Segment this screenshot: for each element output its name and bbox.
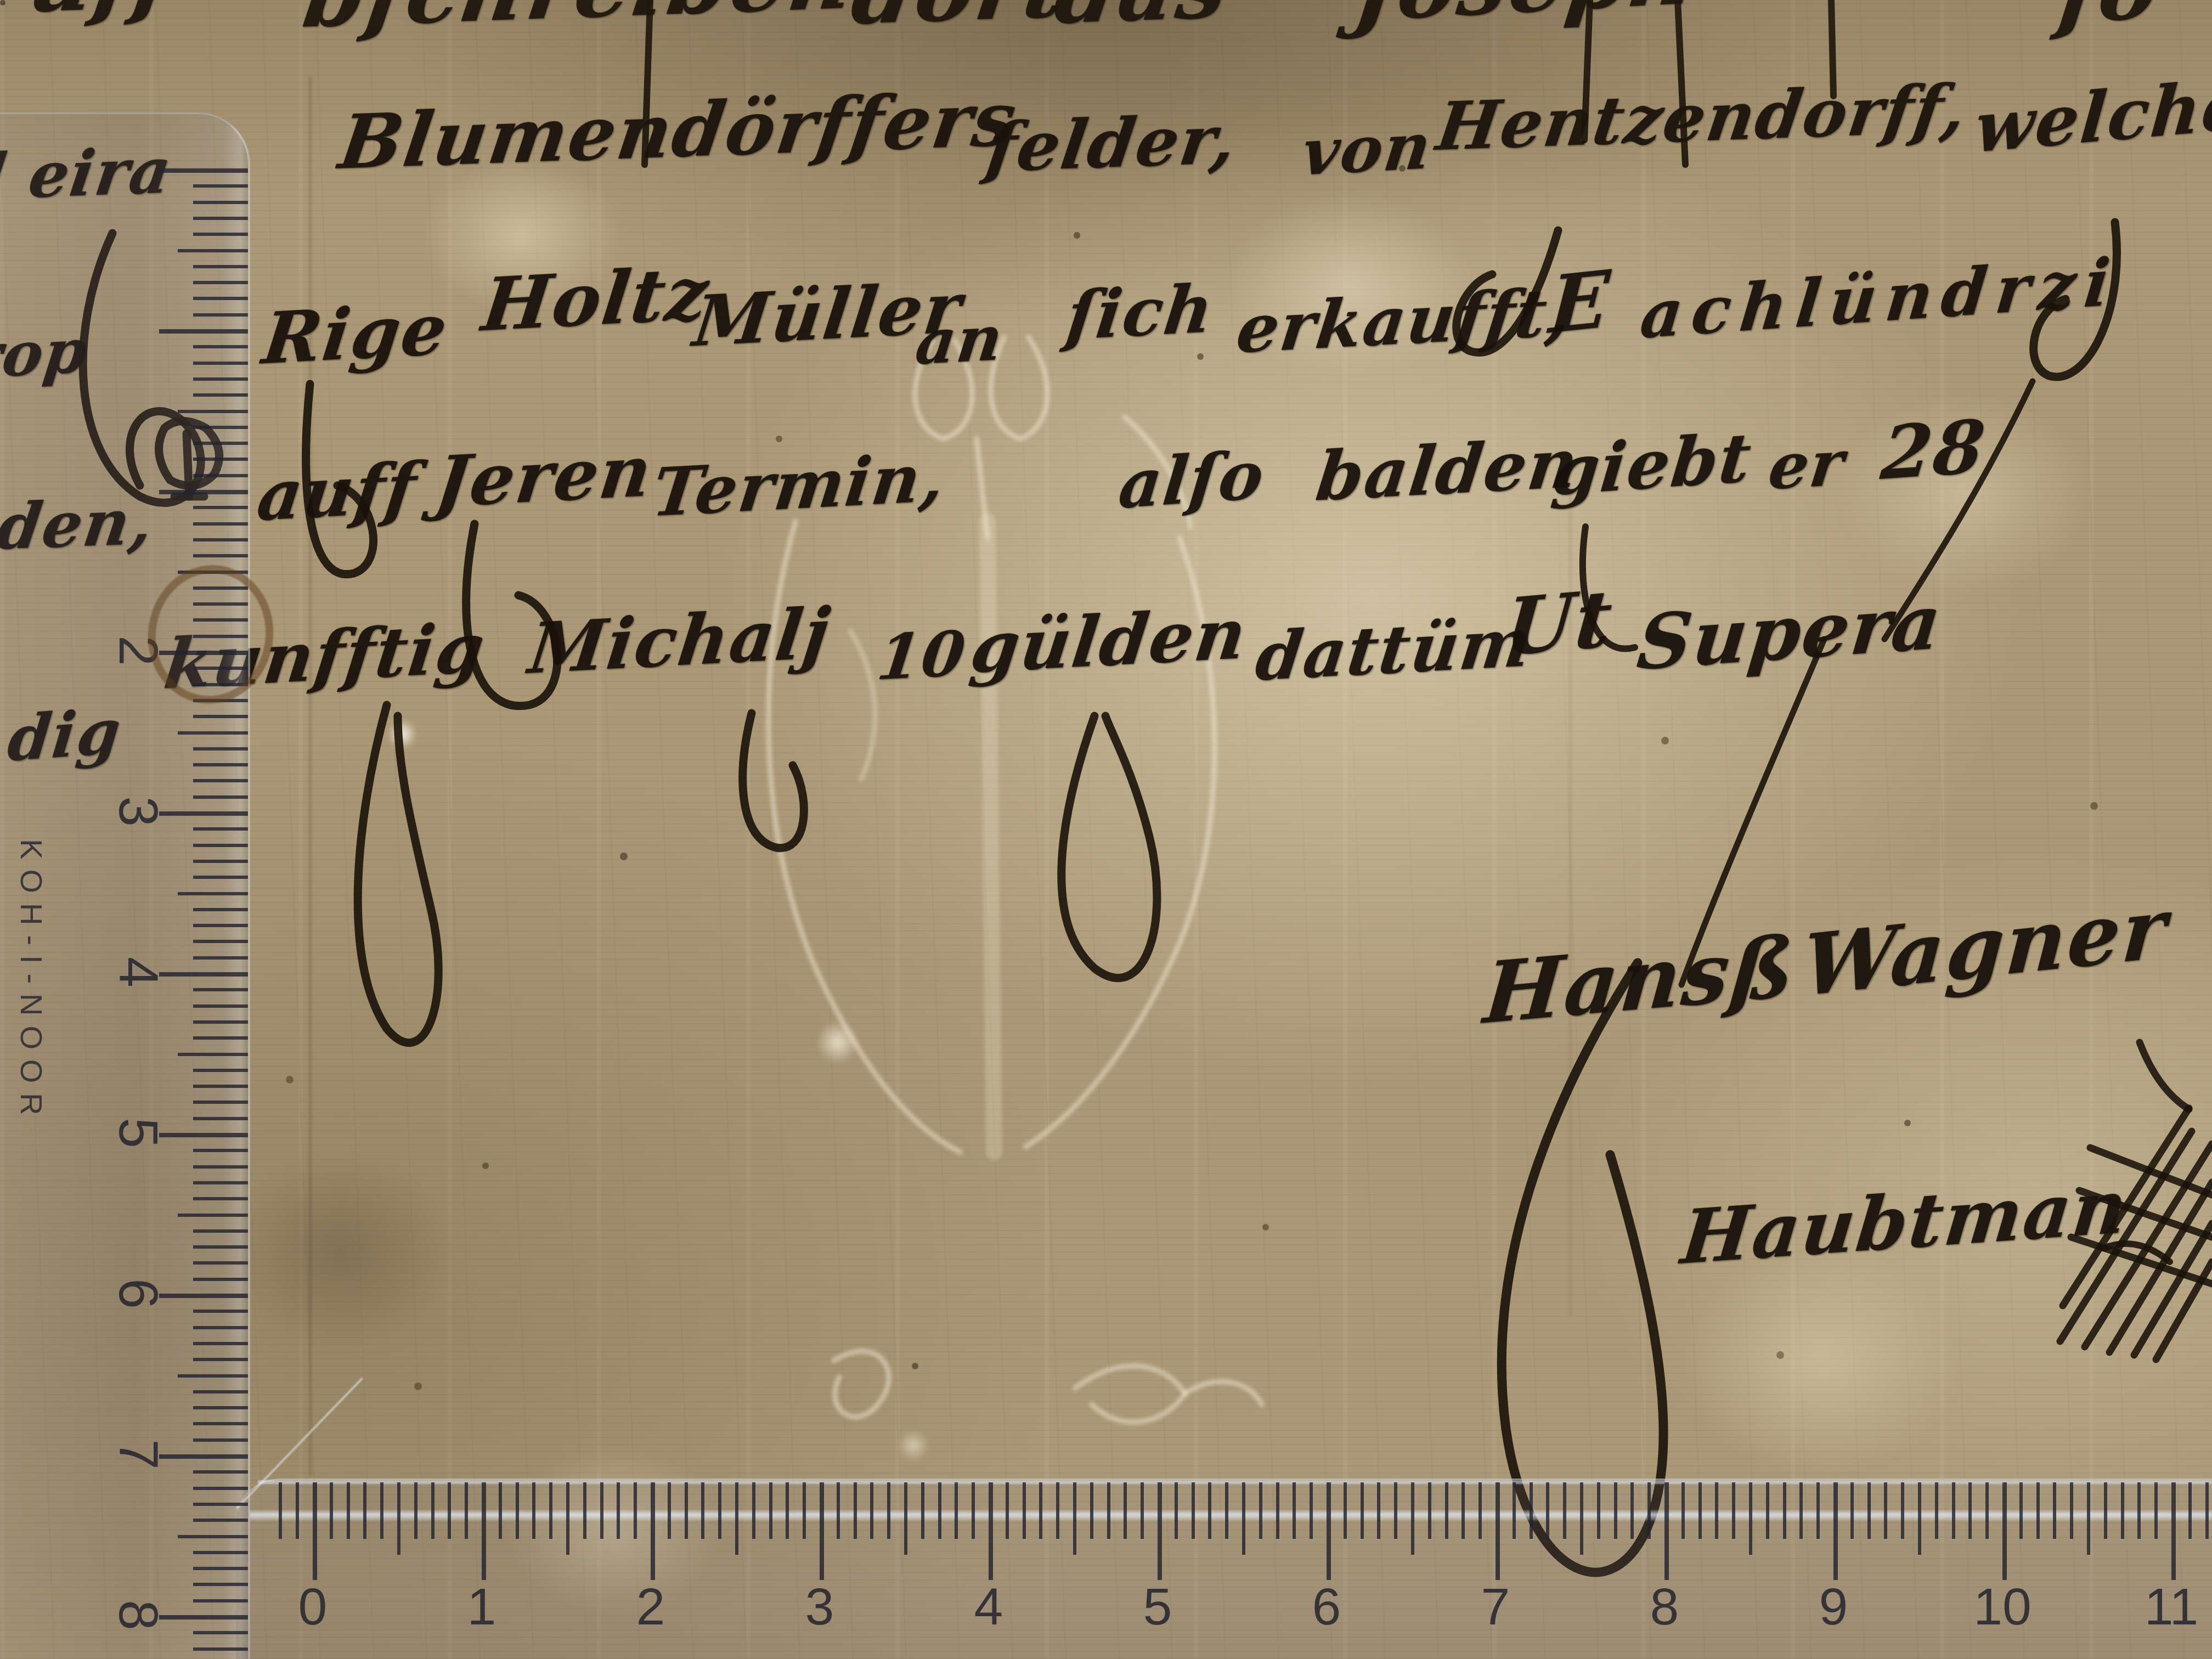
horizontal-ruler-tick [2171,1482,2176,1580]
vertical-ruler-tick [178,1374,248,1378]
horizontal-ruler-tick [583,1482,586,1539]
vertical-ruler-tick [193,747,248,751]
vertical-ruler-number: 7 [111,1439,166,1470]
vertical-ruler-tick [193,795,248,799]
horizontal-ruler-tick [1073,1482,1076,1555]
horizontal-ruler-tick [532,1482,535,1539]
vertical-ruler-tick [193,1567,248,1570]
vertical-ruler-tick [193,522,248,526]
horizontal-ruler-tick [1090,1482,1093,1539]
vertical-ruler-tick [193,458,248,461]
vertical-ruler-tick [193,860,248,863]
horizontal-ruler-tick [1006,1482,1009,1539]
horizontal-ruler-tick [2121,1482,2124,1539]
horizontal-ruler-tick [1833,1482,1838,1580]
horizontal-ruler-tick [1647,1482,1651,1539]
horizontal-ruler-tick [1242,1482,1245,1555]
horizontal-ruler-tick [549,1482,552,1539]
horizontal-ruler-tick [313,1482,317,1580]
horizontal-ruler-number: 5 [1143,1581,1172,1633]
vertical-ruler-tick [193,1519,248,1522]
horizontal-ruler-tick [887,1482,890,1539]
horizontal-ruler-tick [1276,1482,1279,1539]
vertical-ruler-tick [193,1261,248,1265]
horizontal-ruler-tick [1766,1482,1769,1539]
vertical-ruler-number: 4 [111,957,166,988]
horizontal-ruler-tick [989,1482,993,1580]
vertical-ruler-tick [193,988,248,991]
horizontal-ruler-tick [1158,1482,1162,1580]
horizontal-ruler-tick [1664,1482,1669,1580]
vertical-ruler-tick [193,1020,248,1024]
horizontal-ruler-tick [482,1482,486,1580]
horizontal-ruler-tick [499,1482,502,1539]
horizontal-ruler-tick [296,1482,299,1539]
horizontal-ruler-number: 11 [2145,1581,2199,1633]
horizontal-ruler-tick [972,1482,975,1539]
horizontal-ruler-tick [1732,1482,1735,1539]
vertical-ruler-tick [193,201,248,204]
horizontal-ruler-tick [2053,1482,2056,1539]
vertical-ruler-number: 6 [111,1278,166,1309]
vertical-ruler-tick [159,1294,248,1298]
horizontal-ruler-tick [1530,1482,1533,1539]
vertical-ruler-tick [193,1551,248,1554]
horizontal-ruler-tick [786,1482,789,1539]
horizontal-ruler-tick [380,1482,383,1539]
horizontal-ruler-number: 1 [467,1581,496,1633]
vertical-ruler-tick [193,1583,248,1586]
vertical-ruler-tick [193,1181,248,1184]
horizontal-ruler-tick [1039,1482,1042,1539]
horizontal-ruler-tick [752,1482,755,1539]
horizontal-ruler-number: 4 [974,1581,1003,1633]
vertical-ruler-tick [193,313,248,317]
horizontal-ruler-tick [1107,1482,1110,1539]
ruler-brand-label: KOH-I-NOOR [14,839,49,1125]
vertical-ruler-tick [193,393,248,397]
horizontal-ruler-tick [701,1482,704,1539]
horizontal-ruler-tick [854,1482,857,1539]
vertical-ruler-tick [193,1101,248,1104]
horizontal-ruler-tick [2188,1482,2192,1539]
horizontal-ruler-tick [1884,1482,1887,1539]
vertical-ruler-tick [193,1631,248,1634]
horizontal-ruler-tick [1344,1482,1347,1539]
vertical-ruler-tick [159,329,248,334]
horizontal-ruler-tick [1394,1482,1397,1539]
vertical-ruler-tick [193,1085,248,1088]
horizontal-ruler-tick [1496,1482,1500,1580]
horizontal-ruler-tick [1699,1482,1702,1539]
horizontal-ruler-tick [1056,1482,1059,1539]
horizontal-ruler-tick [2002,1482,2007,1580]
horizontal-ruler-tick [1428,1482,1431,1539]
vertical-ruler-tick [193,1036,248,1040]
vertical-ruler-tick [193,763,248,766]
horizontal-ruler-tick [2137,1482,2141,1539]
vertical-ruler-tick [193,281,248,284]
vertical-ruler-tick [159,490,248,494]
horizontal-ruler-tick [1023,1482,1026,1539]
horizontal-ruler-tick [1715,1482,1718,1539]
vertical-ruler-tick [178,1053,248,1056]
horizontal-ruler-number: 6 [1312,1581,1341,1633]
horizontal-ruler-tick [1918,1482,1921,1555]
horizontal-ruler-number: 10 [1973,1581,2032,1633]
horizontal-ruler-number: 9 [1819,1581,1848,1633]
horizontal-ruler-tick [1327,1482,1331,1580]
horizontal-ruler-tick [769,1482,772,1539]
horizontal-ruler-tick [904,1482,907,1555]
horizontal-ruler-number: 8 [1650,1581,1679,1633]
vertical-ruler-tick [193,1278,248,1281]
vertical-ruler-tick [193,1647,248,1651]
vertical-ruler-tick [193,1487,248,1490]
vertical-ruler-tick [193,908,248,911]
horizontal-ruler-tick [1259,1482,1262,1539]
vertical-ruler-tick [159,1615,248,1620]
horizontal-ruler-tick [1445,1482,1448,1539]
horizontal-ruler-tick [1479,1482,1482,1539]
horizontal-ruler-tick [1783,1482,1786,1539]
vertical-ruler-tick [159,972,248,977]
vertical-ruler-tick [193,442,248,445]
vertical-ruler-number: 5 [111,1118,166,1148]
vertical-ruler-tick [193,956,248,960]
horizontal-ruler-tick [1377,1482,1380,1539]
vertical-ruler-tick [193,474,248,477]
horizontal-ruler-tick [2087,1482,2090,1555]
vertical-ruler-tick [193,827,248,831]
vertical-ruler-tick [193,940,248,943]
horizontal-ruler-tick [1867,1482,1871,1539]
horizontal-ruler-tick [1749,1482,1752,1555]
vertical-ruler-tick [193,1326,248,1329]
vertical-ruler-tick [193,1310,248,1313]
vertical-ruler-tick [178,1214,248,1217]
vertical-ruler-tick [193,1165,248,1169]
horizontal-ruler-tick [2036,1482,2040,1539]
horizontal-ruler-tick [651,1482,655,1580]
horizontal-ruler-tick [2154,1482,2158,1539]
vertical-ruler-tick [193,1069,248,1072]
horizontal-ruler-tick [617,1482,620,1539]
horizontal-ruler-tick [1614,1482,1617,1539]
horizontal-ruler-tick [938,1482,941,1539]
vertical-ruler-tick [193,1197,248,1200]
horizontal-ruler-tick [1513,1482,1516,1539]
vertical-ruler-tick [159,1133,248,1137]
horizontal-ruler-tick [330,1482,333,1539]
vertical-ruler-tick [193,426,248,429]
horizontal-ruler-tick [921,1482,924,1539]
vertical-ruler-tick [193,297,248,300]
horizontal-ruler-tick [634,1482,637,1539]
vertical-ruler-tick [193,233,248,236]
horizontal-ruler-tick [363,1482,366,1539]
horizontal-ruler-tick [2019,1482,2023,1539]
horizontal-ruler-tick [347,1482,350,1539]
horizontal-ruler-number: 7 [1481,1581,1510,1633]
vertical-ruler-tick [193,184,248,188]
horizontal-ruler-tick [1208,1482,1211,1539]
horizontal-ruler-tick [1563,1482,1566,1539]
horizontal-ruler-tick [397,1482,400,1555]
vertical-ruler-tick [178,410,248,413]
horizontal-ruler-tick [1175,1482,1178,1539]
vertical-ruler-tick [193,538,248,541]
vertical-ruler-tick [193,1229,248,1233]
vertical-ruler-tick [178,1535,248,1538]
vertical-ruler-tick [193,1422,248,1425]
vertical-ruler-number: 3 [111,796,166,827]
vertical-ruler-tick [159,1454,248,1459]
horizontal-ruler-tick [1630,1482,1634,1539]
vertical-ruler-tick [193,876,248,879]
horizontal-ruler-tick [735,1482,738,1555]
horizontal-ruler-tick [1968,1482,1972,1539]
vertical-ruler-tick [193,217,248,220]
horizontal-ruler-tick [414,1482,417,1539]
vertical-ruler-tick [178,249,248,252]
horizontal-ruler-tick [820,1482,824,1580]
horizontal-ruler-tick [431,1482,435,1539]
vertical-ruler-number: 8 [111,1600,166,1630]
horizontal-ruler-tick [668,1482,671,1539]
horizontal-ruler-tick [1225,1482,1228,1539]
vertical-ruler-tick [193,265,248,268]
horizontal-ruler-tick [1293,1482,1296,1539]
horizontal-ruler-tick [1546,1482,1549,1539]
vertical-ruler-tick [193,1005,248,1008]
horizontal-ruler-tick [1411,1482,1414,1555]
horizontal-ruler-number: 0 [298,1581,328,1633]
horizontal-ruler-tick [1124,1482,1127,1539]
horizontal-ruler-tick [1816,1482,1820,1539]
horizontal-ruler-tick [1850,1482,1854,1539]
vertical-ruler-tick [193,554,248,557]
horizontal-ruler-tick [718,1482,721,1539]
vertical-ruler-tick [178,892,248,895]
vertical-ruler-tick [193,345,248,348]
horizontal-ruler-tick [955,1482,958,1539]
horizontal-ruler-tick [1799,1482,1803,1539]
vertical-ruler-tick [159,811,248,816]
horizontal-ruler-tick [448,1482,451,1539]
vertical-ruler-tick [193,1599,248,1602]
vertical-ruler-tick [193,1149,248,1152]
vertical-ruler-tick [193,1503,248,1506]
horizontal-ruler-tick [1681,1482,1685,1539]
vertical-ruler-tick [193,377,248,381]
ruler-scales: KOH-I-NOOR 234567801234567891011 [0,0,2212,1659]
horizontal-ruler-number: 3 [805,1581,834,1633]
vertical-ruler-tick [193,1406,248,1409]
horizontal-ruler-tick [1361,1482,1364,1539]
vertical-ruler-tick [193,844,248,847]
horizontal-ruler-tick [1141,1482,1144,1539]
vertical-ruler-tick [193,924,248,927]
horizontal-ruler-number: 2 [636,1581,665,1633]
horizontal-ruler-tick [870,1482,873,1539]
horizontal-ruler-tick [837,1482,840,1539]
horizontal-ruler-tick [1935,1482,1938,1539]
horizontal-ruler-tick [2070,1482,2073,1539]
horizontal-ruler-tick [1985,1482,1989,1539]
horizontal-ruler-tick [1597,1482,1600,1539]
vertical-ruler-tick [193,1470,248,1474]
horizontal-ruler-tick [516,1482,519,1539]
horizontal-ruler-tick [566,1482,569,1555]
horizontal-ruler-tick [465,1482,468,1539]
horizontal-ruler-tick [1901,1482,1904,1539]
vertical-ruler-tick [193,715,248,718]
vertical-ruler-tick [193,1438,248,1442]
horizontal-ruler-tick [1952,1482,1955,1539]
vertical-ruler-tick [159,168,248,173]
vertical-ruler-tick [193,779,248,782]
vertical-ruler-tick [193,1342,248,1345]
vertical-ruler-tick [193,1358,248,1361]
vertical-ruler-tick [193,506,248,509]
horizontal-ruler-tick [803,1482,806,1539]
horizontal-ruler-tick [600,1482,603,1539]
horizontal-ruler-tick [279,1482,282,1539]
vertical-ruler-tick [178,731,248,735]
horizontal-ruler-tick [1192,1482,1195,1539]
horizontal-ruler-tick [2104,1482,2107,1539]
horizontal-ruler-tick [1462,1482,1465,1539]
horizontal-ruler-tick [1580,1482,1583,1555]
vertical-ruler-tick [193,362,248,365]
photo-canvas: uſſbſchreibendortdasJosephſo Blumendörff… [0,0,2212,1659]
vertical-ruler-tick [193,1390,248,1393]
horizontal-ruler-tick [1310,1482,1313,1539]
horizontal-ruler-tick [2205,1482,2209,1539]
vertical-ruler-tick [193,1117,248,1120]
horizontal-ruler-tick [685,1482,688,1539]
vertical-ruler-tick [193,1245,248,1249]
